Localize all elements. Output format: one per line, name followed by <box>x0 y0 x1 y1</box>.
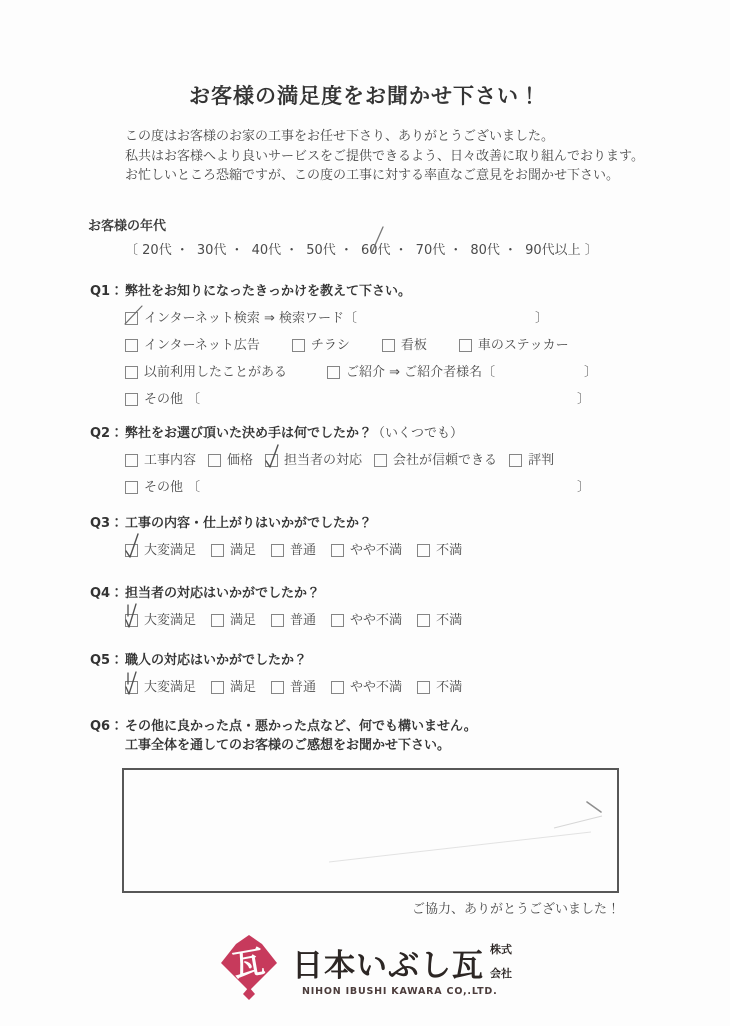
q4-option-very-satisfied[interactable]: 大変満足 <box>125 611 196 630</box>
q5-neutral-label: 普通 <box>290 678 316 697</box>
q1-used-before-label: 以前利用したことがある <box>144 363 287 382</box>
q3-option-very-satisfied[interactable]: 大変満足 <box>125 541 196 560</box>
thank-you-message: ご協力、ありがとうございました！ <box>0 898 620 917</box>
q2-row-reasons: 工事内容 価格 担当者の対応 会社が信頼できる <box>125 451 645 470</box>
age-option-90s[interactable]: 90代以上 <box>525 239 581 258</box>
q1-row-other: その他 〔 〕 <box>125 390 590 409</box>
q1-option-flyer[interactable]: チラシ <box>292 336 350 355</box>
age-option-30s[interactable]: 30代 <box>197 239 227 258</box>
age-separator: ・ <box>449 243 462 258</box>
q2-text: 弊社をお選び頂いた決め手は何でしたか？（いくつでも） <box>125 424 463 443</box>
q3-neutral-checkbox[interactable] <box>271 544 284 557</box>
q2-work-content-checkbox[interactable] <box>125 454 138 467</box>
question-5: Q5： 職人の対応はいかがでしたか？ 大変満足 満足 普通 <box>90 651 645 697</box>
age-section-label: お客様の年代 <box>88 215 598 234</box>
question-1: Q1： 弊社をお知りになったきっかけを教えて下さい。 インターネット検索 ⇒ 検… <box>90 282 645 409</box>
q2-option-staff-response[interactable]: 担当者の対応 <box>265 451 362 470</box>
q2-work-content-label: 工事内容 <box>144 451 196 470</box>
q6-comment-textarea[interactable] <box>122 768 619 893</box>
company-logo-mark: 瓦 <box>218 932 280 1000</box>
q3-dissatisfied-label: 不満 <box>436 541 462 560</box>
q1-referral-label: ご紹介 ⇒ ご紹介者様名〔 <box>346 363 495 382</box>
intro-line-2: 私共はお客様へより良いサービスをご提供できるよう、日々改善に取り組んでおります。 <box>125 147 644 167</box>
q2-option-reputation[interactable]: 評判 <box>509 451 554 470</box>
q4-somewhat-dissatisfied-label: やや不満 <box>350 611 402 630</box>
age-separator: ・ <box>230 243 243 258</box>
company-logo-text: 日本いぶし瓦 株式 会社 NIHON IBUSHI KAWARA CO,.LTD… <box>292 932 512 997</box>
q3-satisfied-label: 満足 <box>230 541 256 560</box>
logo-kawara-character: 瓦 <box>230 944 267 985</box>
q3-text: 工事の内容・仕上がりはいかがでしたか？ <box>125 514 372 533</box>
intro-line-3: お忙しいところ恐縮ですが、この度の工事に対する率直なご意見をお聞かせ下さい。 <box>125 166 644 186</box>
q1-internet-ad-label: インターネット広告 <box>144 336 260 355</box>
q1-used-before-checkbox[interactable] <box>125 366 138 379</box>
q4-neutral-label: 普通 <box>290 611 316 630</box>
q1-referral-close-bracket: 〕 <box>584 363 597 382</box>
question-3: Q3： 工事の内容・仕上がりはいかがでしたか？ 大変満足 満足 普通 <box>90 514 645 560</box>
q1-option-internet-ad[interactable]: インターネット広告 <box>125 336 260 355</box>
q2-other-checkbox[interactable] <box>125 481 138 494</box>
q2-option-work-content[interactable]: 工事内容 <box>125 451 196 470</box>
q2-trustworthy-label: 会社が信頼できる <box>393 451 497 470</box>
intro-paragraph: この度はお客様のお家の工事をお任せ下さり、ありがとうございました。 私共はお客様… <box>125 127 644 186</box>
page-title: お客様の満足度をお聞かせ下さい！ <box>0 80 730 110</box>
q1-other-close-bracket: 〕 <box>577 390 590 409</box>
question-6: Q6： その他に良かった点・悪かった点など、何でも構いません。 工事全体を通して… <box>90 717 645 755</box>
q2-reputation-checkbox[interactable] <box>509 454 522 467</box>
age-options-row: 〔 20代・ 30代・ 40代・ 50代・ 60代・ 70代・ 80代・ 90代… <box>125 239 598 258</box>
intro-line-1: この度はお客様のお家の工事をお任せ下さり、ありがとうございました。 <box>125 127 644 147</box>
q4-neutral-checkbox[interactable] <box>271 614 284 627</box>
q6-text-line-2: 工事全体を通してのお客様のご感想をお聞かせ下さい。 <box>125 738 450 753</box>
q3-option-dissatisfied[interactable]: 不満 <box>417 541 462 560</box>
q5-option-very-satisfied[interactable]: 大変満足 <box>125 678 196 697</box>
q5-option-somewhat-dissatisfied[interactable]: やや不満 <box>331 678 402 697</box>
q1-referral-checkbox[interactable] <box>327 366 340 379</box>
q1-internet-ad-checkbox[interactable] <box>125 339 138 352</box>
q2-option-other[interactable]: その他 〔 <box>125 478 200 497</box>
q1-id: Q1： <box>90 282 125 301</box>
q5-option-dissatisfied[interactable]: 不満 <box>417 678 462 697</box>
q3-neutral-label: 普通 <box>290 541 316 560</box>
q2-note: （いくつでも） <box>372 426 463 441</box>
company-logo: 瓦 日本いぶし瓦 株式 会社 NIHON IBUSHI KAWARA CO,.L… <box>0 932 730 1000</box>
q1-row-internet-search: インターネット検索 ⇒ 検索ワード〔 〕 <box>125 309 548 328</box>
q1-option-internet-search[interactable]: インターネット検索 ⇒ 検索ワード〔 <box>125 309 357 328</box>
age-separator: ・ <box>176 243 189 258</box>
survey-document: お客様の満足度をお聞かせ下さい！ この度はお客様のお家の工事をお任せ下さり、あり… <box>0 0 730 1026</box>
scan-scratch-marks <box>319 790 609 870</box>
q1-option-other[interactable]: その他 〔 <box>125 390 200 409</box>
q4-very-satisfied-label: 大変満足 <box>144 611 196 630</box>
question-2: Q2： 弊社をお選び頂いた決め手は何でしたか？（いくつでも） 工事内容 価格 担… <box>90 424 645 497</box>
age-option-80s[interactable]: 80代 <box>470 239 500 258</box>
company-name-japanese: 日本いぶし瓦 <box>292 949 484 983</box>
q1-row-referral: 以前利用したことがある ご紹介 ⇒ ご紹介者様名〔 〕 <box>125 363 597 382</box>
pen-check-mark <box>262 442 284 470</box>
q3-option-satisfied[interactable]: 満足 <box>211 541 256 560</box>
q3-option-somewhat-dissatisfied[interactable]: やや不満 <box>331 541 402 560</box>
q1-row-media: インターネット広告 チラシ 看板 車のステッカー <box>125 336 645 355</box>
q5-somewhat-dissatisfied-label: やや不満 <box>350 678 402 697</box>
q4-option-somewhat-dissatisfied[interactable]: やや不満 <box>331 611 402 630</box>
q5-option-satisfied[interactable]: 満足 <box>211 678 256 697</box>
q3-somewhat-dissatisfied-label: やや不満 <box>350 541 402 560</box>
q4-rating-row: 大変満足 満足 普通 やや不満 不満 <box>125 611 645 630</box>
q5-dissatisfied-checkbox[interactable] <box>417 681 430 694</box>
q4-option-neutral[interactable]: 普通 <box>271 611 316 630</box>
age-separator: ・ <box>395 243 408 258</box>
age-option-50s[interactable]: 50代 <box>306 239 336 258</box>
q1-option-referral[interactable]: ご紹介 ⇒ ご紹介者様名〔 <box>327 363 495 382</box>
q1-internet-search-checkbox-checked[interactable] <box>125 312 138 325</box>
q4-somewhat-dissatisfied-checkbox[interactable] <box>331 614 344 627</box>
q5-somewhat-dissatisfied-checkbox[interactable] <box>331 681 344 694</box>
q1-car-sticker-checkbox[interactable] <box>459 339 472 352</box>
q2-other-close-bracket: 〕 <box>577 478 590 497</box>
age-open-bracket: 〔 <box>125 243 138 258</box>
age-option-60s-selected[interactable]: 60代 <box>361 239 391 258</box>
q1-car-sticker-label: 車のステッカー <box>478 336 569 355</box>
q5-rating-row: 大変満足 満足 普通 やや不満 不満 <box>125 678 645 697</box>
q3-very-satisfied-checkbox-checked[interactable] <box>125 544 138 557</box>
q1-other-label: その他 〔 <box>144 390 200 409</box>
q3-id: Q3： <box>90 514 125 533</box>
age-option-70s[interactable]: 70代 <box>416 239 446 258</box>
q2-price-checkbox[interactable] <box>208 454 221 467</box>
q4-id: Q4： <box>90 584 125 603</box>
q1-option-car-sticker[interactable]: 車のステッカー <box>459 336 569 355</box>
q5-very-satisfied-label: 大変満足 <box>144 678 196 697</box>
age-option-20s[interactable]: 20代 <box>142 239 172 258</box>
q1-internet-search-close-bracket: 〕 <box>535 309 548 328</box>
age-separator: ・ <box>340 243 353 258</box>
q6-id: Q6： <box>90 717 125 755</box>
pen-check-mark <box>122 669 144 697</box>
q2-price-label: 価格 <box>227 451 253 470</box>
q4-option-satisfied[interactable]: 満足 <box>211 611 256 630</box>
q5-satisfied-checkbox[interactable] <box>211 681 224 694</box>
q5-very-satisfied-checkbox-checked[interactable] <box>125 681 138 694</box>
q3-rating-row: 大変満足 満足 普通 やや不満 不満 <box>125 541 645 560</box>
q3-somewhat-dissatisfied-checkbox[interactable] <box>331 544 344 557</box>
q4-dissatisfied-label: 不満 <box>436 611 462 630</box>
q2-staff-response-checkbox-checked[interactable] <box>265 454 278 467</box>
q4-satisfied-label: 満足 <box>230 611 256 630</box>
age-separator: ・ <box>285 243 298 258</box>
q1-option-signboard[interactable]: 看板 <box>382 336 427 355</box>
q1-option-used-before[interactable]: 以前利用したことがある <box>125 363 287 382</box>
q3-dissatisfied-checkbox[interactable] <box>417 544 430 557</box>
q3-very-satisfied-label: 大変満足 <box>144 541 196 560</box>
q2-staff-response-label: 担当者の対応 <box>284 451 362 470</box>
q4-option-dissatisfied[interactable]: 不満 <box>417 611 462 630</box>
q4-text: 担当者の対応はいかがでしたか？ <box>125 584 320 603</box>
q4-dissatisfied-checkbox[interactable] <box>417 614 430 627</box>
q6-text: その他に良かった点・悪かった点など、何でも構いません。 工事全体を通してのお客様… <box>125 717 477 755</box>
q1-internet-search-label: インターネット検索 ⇒ 検索ワード〔 <box>144 309 357 328</box>
q5-neutral-checkbox[interactable] <box>271 681 284 694</box>
pen-check-mark <box>122 532 144 560</box>
q5-dissatisfied-label: 不満 <box>436 678 462 697</box>
q2-other-label: その他 〔 <box>144 478 200 497</box>
q2-trustworthy-checkbox[interactable] <box>374 454 387 467</box>
q4-very-satisfied-checkbox-checked[interactable] <box>125 614 138 627</box>
q2-id: Q2： <box>90 424 125 443</box>
q5-option-neutral[interactable]: 普通 <box>271 678 316 697</box>
q1-signboard-label: 看板 <box>401 336 427 355</box>
q2-option-price[interactable]: 価格 <box>208 451 253 470</box>
q3-satisfied-checkbox[interactable] <box>211 544 224 557</box>
q5-satisfied-label: 満足 <box>230 678 256 697</box>
company-name-english: NIHON IBUSHI KAWARA CO,.LTD. <box>292 986 512 997</box>
pen-check-mark <box>122 602 144 630</box>
q2-reputation-label: 評判 <box>528 451 554 470</box>
q2-row-other: その他 〔 〕 <box>125 478 590 497</box>
q3-option-neutral[interactable]: 普通 <box>271 541 316 560</box>
age-close-bracket: 〕 <box>585 243 598 258</box>
pen-check-mark <box>122 300 144 328</box>
age-section: お客様の年代 〔 20代・ 30代・ 40代・ 50代・ 60代・ 70代・ 8… <box>88 215 598 258</box>
q1-text: 弊社をお知りになったきっかけを教えて下さい。 <box>125 282 411 301</box>
q1-other-checkbox[interactable] <box>125 393 138 406</box>
q5-id: Q5： <box>90 651 125 670</box>
q6-text-line-1: その他に良かった点・悪かった点など、何でも構いません。 <box>125 719 477 734</box>
age-separator: ・ <box>504 243 517 258</box>
q1-flyer-label: チラシ <box>311 336 350 355</box>
q1-signboard-checkbox[interactable] <box>382 339 395 352</box>
age-option-40s[interactable]: 40代 <box>252 239 282 258</box>
q1-flyer-checkbox[interactable] <box>292 339 305 352</box>
company-suffix: 株式 会社 <box>490 932 512 983</box>
q2-option-trustworthy[interactable]: 会社が信頼できる <box>374 451 497 470</box>
question-4: Q4： 担当者の対応はいかがでしたか？ 大変満足 満足 普通 <box>90 584 645 630</box>
q4-satisfied-checkbox[interactable] <box>211 614 224 627</box>
q5-text: 職人の対応はいかがでしたか？ <box>125 651 307 670</box>
